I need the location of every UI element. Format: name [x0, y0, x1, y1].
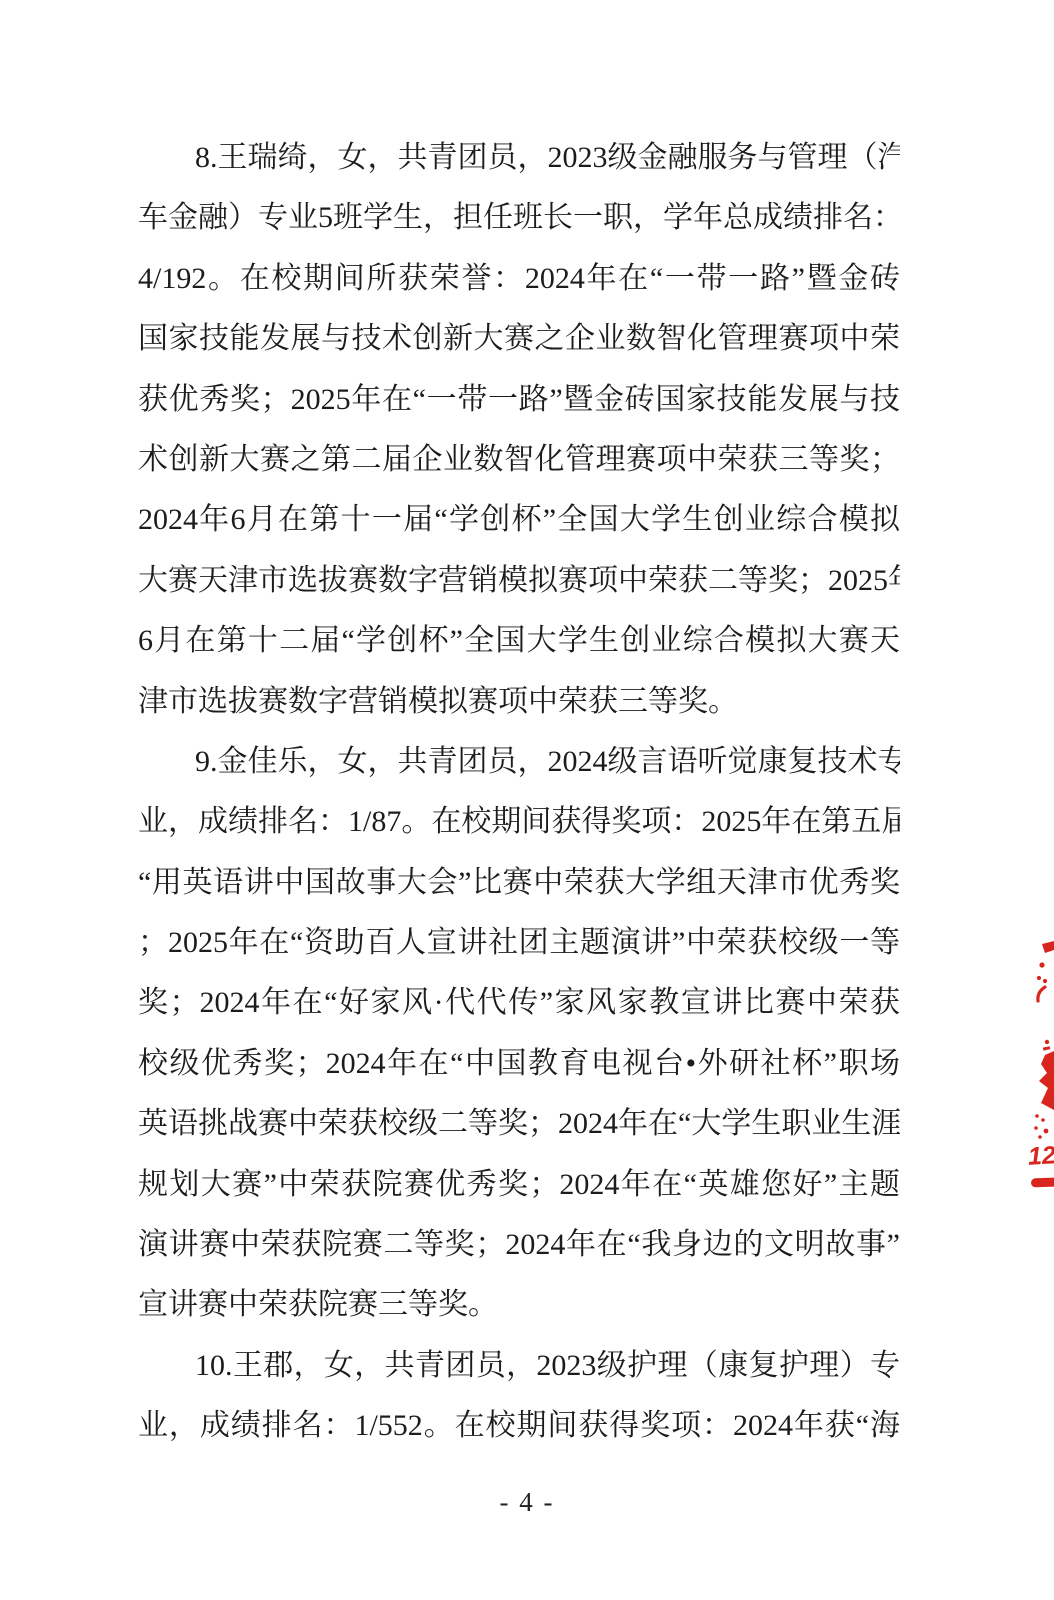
text-line: 校级优秀奖；2024年在“中国教育电视台•外研社杯”职场	[138, 1034, 900, 1094]
text-line: 业，成绩排名：1/87。在校期间获得奖项：2025年在第五届	[138, 792, 900, 852]
text-line: 10.王郡，女，共青团员，2023级护理（康复护理）专	[138, 1336, 900, 1396]
text-line: 奖；2024年在“好家风·代代传”家风家教宣讲比赛中荣获	[138, 973, 900, 1033]
text-line: 英语挑战赛中荣获校级二等奖；2024年在“大学生职业生涯	[138, 1094, 900, 1154]
text-line: 大赛天津市选拔赛数字营销模拟赛项中荣获二等奖；2025年	[138, 551, 900, 611]
text-line: 8.王瑞绮，女，共青团员，2023级金融服务与管理（汽	[138, 128, 900, 188]
text-line: 术创新大赛之第二届企业数智化管理赛项中荣获三等奖；	[138, 430, 900, 490]
red-stamp-fragment: 12	[1020, 935, 1054, 1200]
text-line: 规划大赛”中荣获院赛优秀奖；2024年在“英雄您好”主题	[138, 1155, 900, 1215]
text-line: 演讲赛中荣获院赛二等奖；2024年在“我身边的文明故事”	[138, 1215, 900, 1275]
text-line: 车金融）专业5班学生，担任班长一职，学年总成绩排名：	[138, 188, 900, 248]
stamp-date-digits: 12	[1027, 1143, 1054, 1169]
text-line: 宣讲赛中荣获院赛三等奖。	[138, 1275, 900, 1335]
text-line: ；2025年在“资助百人宣讲社团主题演讲”中荣获校级一等	[138, 913, 900, 973]
text-line: 2024年6月在第十一届“学创杯”全国大学生创业综合模拟	[138, 490, 900, 550]
document-body: 8.王瑞绮，女，共青团员，2023级金融服务与管理（汽 车金融）专业5班学生，担…	[138, 128, 900, 1457]
text-line: “用英语讲中国故事大会”比赛中荣获大学组天津市优秀奖	[138, 853, 900, 913]
stamp-marks-icon	[1020, 935, 1054, 1200]
page-number: - 4 -	[0, 1487, 1054, 1518]
text-line: 获优秀奖；2025年在“一带一路”暨金砖国家技能发展与技	[138, 370, 900, 430]
text-line: 国家技能发展与技术创新大赛之企业数智化管理赛项中荣	[138, 309, 900, 369]
text-line: 津市选拔赛数字营销模拟赛项中荣获三等奖。	[138, 672, 900, 732]
document-page: 8.王瑞绮，女，共青团员，2023级金融服务与管理（汽 车金融）专业5班学生，担…	[0, 0, 1054, 1600]
text-line: 6月在第十二届“学创杯”全国大学生创业综合模拟大赛天	[138, 611, 900, 671]
stamp-underline-bar	[1031, 1178, 1054, 1188]
text-line: 4/192。在校期间所获荣誉：2024年在“一带一路”暨金砖	[138, 249, 900, 309]
text-line: 9.金佳乐，女，共青团员，2024级言语听觉康复技术专	[138, 732, 900, 792]
text-line: 业，成绩排名：1/552。在校期间获得奖项：2024年获“海	[138, 1396, 900, 1456]
